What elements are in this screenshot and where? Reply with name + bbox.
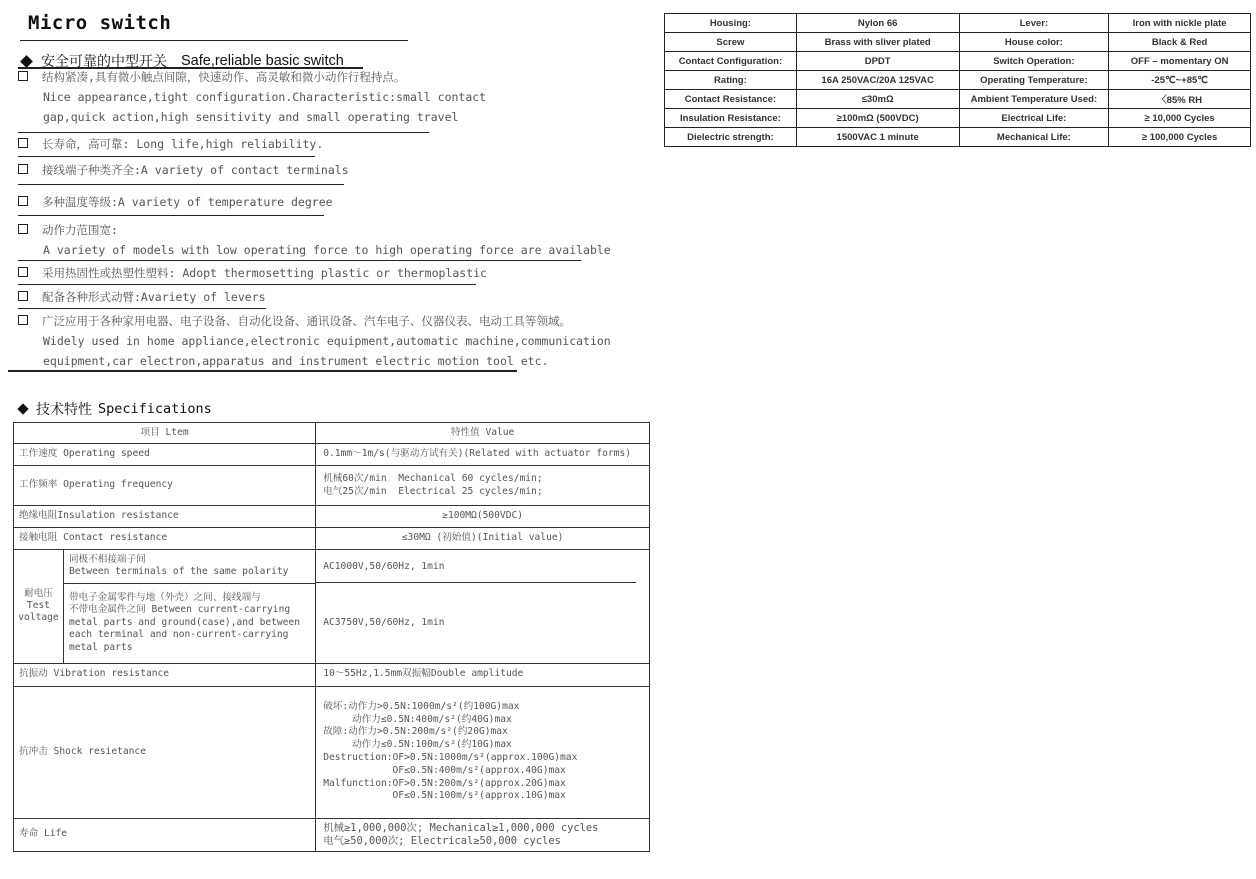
title-divider <box>20 40 408 41</box>
spec-item: 寿命 Life <box>14 818 316 851</box>
checkbox-square-icon <box>18 267 28 277</box>
condition-line: metal parts <box>69 642 310 654</box>
spec-item: 工作速度 Operating speed <box>14 444 316 466</box>
spec-item: 绝缘电阻Insulation resistance <box>14 506 316 528</box>
spec-item: 抗冲击 Shock resietance <box>14 686 316 818</box>
feature-text: gap,quick action,high sensitivity and sm… <box>18 107 486 127</box>
spec-value: 机械60次/min Mechanical 60 cycles/min; 电气25… <box>316 466 650 506</box>
specifications-heading: 技术特性 Specifications <box>16 399 212 419</box>
spec-value-line: 机械≥1,000,000次; Mechanical≥1,000,000 cycl… <box>323 822 644 834</box>
feature-item: 采用热固性或热塑性塑料: Adopt thermosetting plastic… <box>18 263 487 283</box>
spec-value-line: OF≤0.5N:400m/s²(approx.40G)max <box>323 765 644 778</box>
spec-item: 接触电阻 Contact resistance <box>14 528 316 550</box>
table-row: 绝缘电阻Insulation resistance ≥100MΩ(500VDC) <box>14 506 650 528</box>
divider <box>18 260 581 261</box>
feature-item: 长寿命，高可靠: Long life,high reliability. <box>18 134 323 154</box>
table-row: 接触电阻 Contact resistance ≤30MΩ (初始值)(Init… <box>14 528 650 550</box>
spec-value-line: 动作力≤0.5N:100m/s²(约10G)max <box>323 739 644 752</box>
property-label: Rating: <box>665 71 797 90</box>
property-value: ≥ 100,000 Cycles <box>1109 128 1251 147</box>
feature-text: equipment,car electron,apparatus and ins… <box>18 351 611 371</box>
condition-line: each terminal and non-current-carrying <box>69 629 310 641</box>
property-label: Dielectric strength: <box>665 128 797 147</box>
property-value: Iron with nickle plate <box>1109 14 1251 33</box>
property-value: ≥100mΩ (500VDC) <box>796 109 959 128</box>
divider <box>18 156 315 157</box>
checkbox-square-icon <box>18 164 28 174</box>
feature-item: 动作力范围宽: A variety of models with low ope… <box>18 220 611 260</box>
spec-value: AC3750V,50/60Hz, 1min <box>316 583 650 663</box>
feature-text: 接线端子种类齐全:A variety of contact terminals <box>42 163 349 177</box>
property-label: Contact Resistance: <box>665 90 797 109</box>
feature-item: 多种温度等级:A variety of temperature degree <box>18 192 333 212</box>
feature-text: 广泛应用于各种家用电器、电子设备、自动化设备、通讯设备、汽车电子、仪器仪表、电动… <box>42 314 571 328</box>
divider <box>18 308 266 309</box>
spec-item: 工作频率 Operating frequency <box>14 466 316 506</box>
specifications-heading-en: Specifications <box>98 401 212 417</box>
condition-line: 不带电金属件之间 Between current-carrying <box>69 604 310 616</box>
spec-item: 抗振动 Vibration resistance <box>14 663 316 686</box>
property-label: Mechanical Life: <box>959 128 1109 147</box>
table-row: 工作速度 Operating speed 0.1mm～1m/s(与驱动方试有关)… <box>14 444 650 466</box>
property-label: Screw <box>665 33 797 52</box>
property-label: Housing: <box>665 14 797 33</box>
checkbox-square-icon <box>18 315 28 325</box>
table-row: Housing:Nylon 66Lever:Iron with nickle p… <box>665 14 1251 33</box>
spec-value-line: OF≤0.5N:100m/s²(approx.10G)max <box>323 790 644 803</box>
feature-item: 配备各种形式动臂:Avariety of levers <box>18 287 266 307</box>
feature-text: A variety of models with low operating f… <box>18 240 611 260</box>
property-label: Lever: <box>959 14 1109 33</box>
properties-table: Housing:Nylon 66Lever:Iron with nickle p… <box>664 13 1251 147</box>
feature-text: 多种温度等级:A variety of temperature degree <box>42 195 333 209</box>
checkbox-square-icon <box>18 71 28 81</box>
feature-text: 配备各种形式动臂:Avariety of levers <box>42 290 266 304</box>
test-voltage-condition: 同极不相接端子间 Between terminals of the same p… <box>63 550 315 584</box>
specifications-table: 项目 Ltem 特性值 Value 工作速度 Operating speed 0… <box>13 422 650 852</box>
condition-line: 带电子金属零件与地（外壳）之间、接线端与 <box>69 592 310 604</box>
diamond-bullet-icon <box>17 403 28 414</box>
divider <box>18 215 324 216</box>
property-value: 〈85% RH <box>1109 90 1251 109</box>
property-label: Electrical Life: <box>959 109 1109 128</box>
spec-value-line: 故障:动作力>0.5N:200m/s²(约20G)max <box>323 726 644 739</box>
property-label: Contact Configuration: <box>665 52 797 71</box>
property-value: Brass with sliver plated <box>796 33 959 52</box>
table-row: Contact Resistance:≤30mΩAmbient Temperat… <box>665 90 1251 109</box>
condition-line: metal parts and ground(case),and between <box>69 617 310 629</box>
property-value: ≥ 10,000 Cycles <box>1109 109 1251 128</box>
checkbox-square-icon <box>18 224 28 234</box>
spec-value: 10～55Hz,1.5mm双振幅Double amplitude <box>316 663 650 686</box>
feature-text: 长寿命，高可靠: Long life,high reliability. <box>42 137 323 151</box>
table-row: 抗振动 Vibration resistance 10～55Hz,1.5mm双振… <box>14 663 650 686</box>
table-row: 工作频率 Operating frequency 机械60次/min Mecha… <box>14 466 650 506</box>
property-label: Switch Operation: <box>959 52 1109 71</box>
property-value: 16A 250VAC/20A 125VAC <box>796 71 959 90</box>
divider <box>316 582 636 583</box>
spec-value: ≤30MΩ (初始值)(Initial value) <box>316 528 650 550</box>
page-title: Micro switch <box>28 12 171 34</box>
divider <box>18 184 344 185</box>
property-value: -25℃~+85℃ <box>1109 71 1251 90</box>
condition-line: Between terminals of the same polarity <box>69 566 310 578</box>
test-voltage-label: 耐电压 Test voltage <box>14 550 64 664</box>
feature-item: 接线端子种类齐全:A variety of contact terminals <box>18 160 349 180</box>
spec-value: 0.1mm～1m/s(与驱动方试有关)(Related with actuato… <box>316 444 650 466</box>
divider <box>8 370 517 372</box>
table-header-row: 项目 Ltem 特性值 Value <box>14 423 650 444</box>
table-row: Dielectric strength:1500VAC 1 minuteMech… <box>665 128 1251 147</box>
property-value: OFF – momentary ON <box>1109 52 1251 71</box>
property-value: 1500VAC 1 minute <box>796 128 959 147</box>
table-row: 耐电压 Test voltage 同极不相接端子间 Between termin… <box>14 550 650 584</box>
test-voltage-value: AC1000V,50/60Hz, 1min <box>316 550 650 584</box>
spec-value: 破坏:动作力>0.5N:1000m/s²(约100G)max 动作力≤0.5N:… <box>316 686 650 818</box>
feature-text: 动作力范围宽: <box>42 223 118 237</box>
table-row: 抗冲击 Shock resietance 破坏:动作力>0.5N:1000m/s… <box>14 686 650 818</box>
spec-value: ≥100MΩ(500VDC) <box>316 506 650 528</box>
diamond-bullet-icon <box>20 55 33 68</box>
divider <box>18 132 429 133</box>
table-row: Contact Configuration:DPDTSwitch Operati… <box>665 52 1251 71</box>
column-header-item: 项目 Ltem <box>14 423 316 444</box>
spec-value-line: 电气≥50,000次; Electrical≥50,000 cycles <box>323 835 644 847</box>
column-header-value: 特性值 Value <box>316 423 650 444</box>
property-label: Operating Temperature: <box>959 71 1109 90</box>
spec-value: AC1000V,50/60Hz, 1min <box>323 561 444 572</box>
property-value: ≤30mΩ <box>796 90 959 109</box>
spec-value-line: 电气25次/min Electrical 25 cycles/min; <box>323 486 644 498</box>
feature-text: 结构紧凑,具有微小触点间隙，快速动作、高灵敏和微小动作行程持点。 <box>42 70 405 84</box>
label-line: voltage <box>16 612 61 624</box>
table-row: 寿命 Life 机械≥1,000,000次; Mechanical≥1,000,… <box>14 818 650 851</box>
label-line: 耐电压 <box>16 588 61 600</box>
feature-text: 采用热固性或热塑性塑料: Adopt thermosetting plastic… <box>42 266 487 280</box>
feature-text: Nice appearance,tight configuration.Char… <box>18 87 486 107</box>
property-value: DPDT <box>796 52 959 71</box>
property-label: Ambient Temperature Used: <box>959 90 1109 109</box>
checkbox-square-icon <box>18 138 28 148</box>
property-label: Insulation Resistance: <box>665 109 797 128</box>
property-label: House color: <box>959 33 1109 52</box>
spec-value-line: Malfunction:OF>0.5N:200m/s²(approx.20G)m… <box>323 778 644 791</box>
spec-value-line: 动作力≤0.5N:400m/s²(约40G)max <box>323 714 644 727</box>
test-voltage-condition: 带电子金属零件与地（外壳）之间、接线端与 不带电金属件之间 Between cu… <box>63 583 315 663</box>
divider <box>18 284 476 285</box>
checkbox-square-icon <box>18 291 28 301</box>
feature-item: 结构紧凑,具有微小触点间隙，快速动作、高灵敏和微小动作行程持点。 Nice ap… <box>18 67 486 127</box>
table-row: Insulation Resistance:≥100mΩ (500VDC)Ele… <box>665 109 1251 128</box>
table-row: 带电子金属零件与地（外壳）之间、接线端与 不带电金属件之间 Between cu… <box>14 583 650 663</box>
spec-value-line: 破坏:动作力>0.5N:1000m/s²(约100G)max <box>323 701 644 714</box>
table-row: Rating:16A 250VAC/20A 125VACOperating Te… <box>665 71 1251 90</box>
feature-text: Widely used in home appliance,electronic… <box>18 331 611 351</box>
table-row: ScrewBrass with sliver platedHouse color… <box>665 33 1251 52</box>
spec-value: 机械≥1,000,000次; Mechanical≥1,000,000 cycl… <box>316 818 650 851</box>
specifications-heading-zh: 技术特性 <box>36 399 92 419</box>
feature-item: 广泛应用于各种家用电器、电子设备、自动化设备、通讯设备、汽车电子、仪器仪表、电动… <box>18 311 611 371</box>
property-value: Nylon 66 <box>796 14 959 33</box>
property-value: Black & Red <box>1109 33 1251 52</box>
checkbox-square-icon <box>18 196 28 206</box>
spec-value-line: Destruction:OF>0.5N:1000m/s²(approx.100G… <box>323 752 644 765</box>
label-line: Test <box>16 600 61 612</box>
spec-value-line: 机械60次/min Mechanical 60 cycles/min; <box>323 473 644 485</box>
condition-line: 同极不相接端子间 <box>69 554 310 566</box>
